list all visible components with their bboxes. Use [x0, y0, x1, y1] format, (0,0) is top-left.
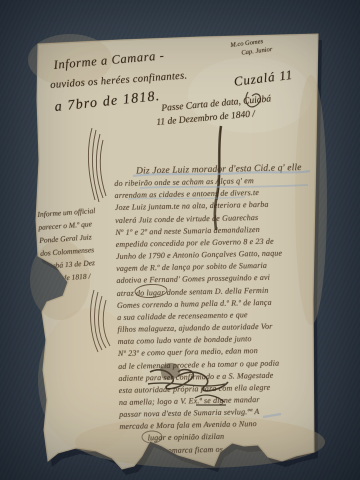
despacho-line-1: Informe a Camara -	[53, 48, 165, 73]
photo-background: M.co Gomes Cap. Junior Informe a Camara …	[0, 0, 360, 480]
ink-layer: M.co Gomes Cap. Junior Informe a Camara …	[0, 0, 360, 480]
body-text: Diz Joze Luiz morador d'esta Cid.e q' el…	[114, 162, 308, 458]
margin-note-line: embro de 1818 /	[42, 269, 101, 286]
passe-note-line-1: Passe Carta de data, Cuiabá	[161, 94, 271, 114]
despacho-line-3: a 7bro de 1818.	[54, 89, 161, 116]
margin-note: Informe um official parecer o M.º que Po…	[37, 204, 100, 286]
corner-annotation: M.co Gomes Cap. Junior	[230, 37, 273, 59]
despacho-line-2: ouvidos os herées confinantes.	[50, 70, 188, 91]
docket-number: Cuzalá 11	[233, 67, 294, 90]
